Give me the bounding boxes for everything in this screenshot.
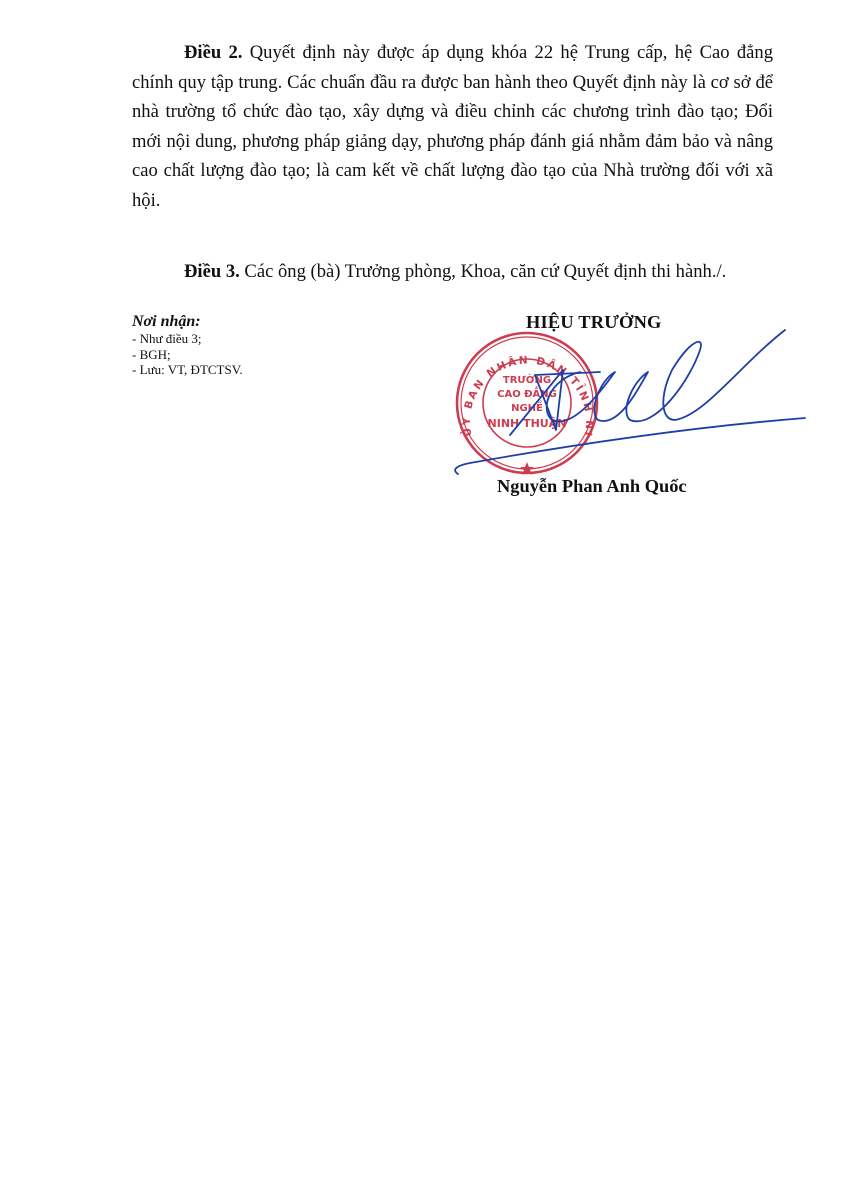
stamp-line: NINH THUẬN — [488, 417, 567, 430]
signer-name: Nguyễn Phan Anh Quốc — [497, 476, 687, 497]
handwritten-signature — [455, 330, 805, 474]
recipient-item: - BGH; — [132, 347, 243, 363]
article-3-paragraph: Điều 3. Các ông (bà) Trưởng phòng, Khoa,… — [132, 257, 773, 287]
article-2-label: Điều 2. — [184, 42, 242, 63]
recipient-item: - Như điều 3; — [132, 331, 243, 347]
article-3-text: Các ông (bà) Trưởng phòng, Khoa, căn cứ … — [240, 261, 727, 282]
stamp-line: TRƯỜNG — [503, 373, 551, 386]
article-2-paragraph: Điều 2. Quyết định này được áp dụng khóa… — [132, 38, 773, 216]
recipients-block: Nơi nhận: - Như điều 3; - BGH; - Lưu: VT… — [132, 313, 243, 378]
stamp-line: CAO ĐẲNG — [497, 385, 557, 400]
stamp-star-icon — [520, 462, 534, 475]
signer-title: HIỆU TRƯỞNG — [526, 312, 662, 333]
recipients-title: Nơi nhận: — [132, 313, 243, 331]
article-3-label: Điều 3. — [184, 261, 240, 282]
article-2-text: Quyết định này được áp dụng khóa 22 hệ T… — [132, 42, 773, 211]
stamp-line: NGHỀ — [511, 400, 543, 414]
document-page: Điều 2. Quyết định này được áp dụng khóa… — [0, 0, 848, 1200]
recipient-item: - Lưu: VT, ĐTCTSV. — [132, 362, 243, 378]
